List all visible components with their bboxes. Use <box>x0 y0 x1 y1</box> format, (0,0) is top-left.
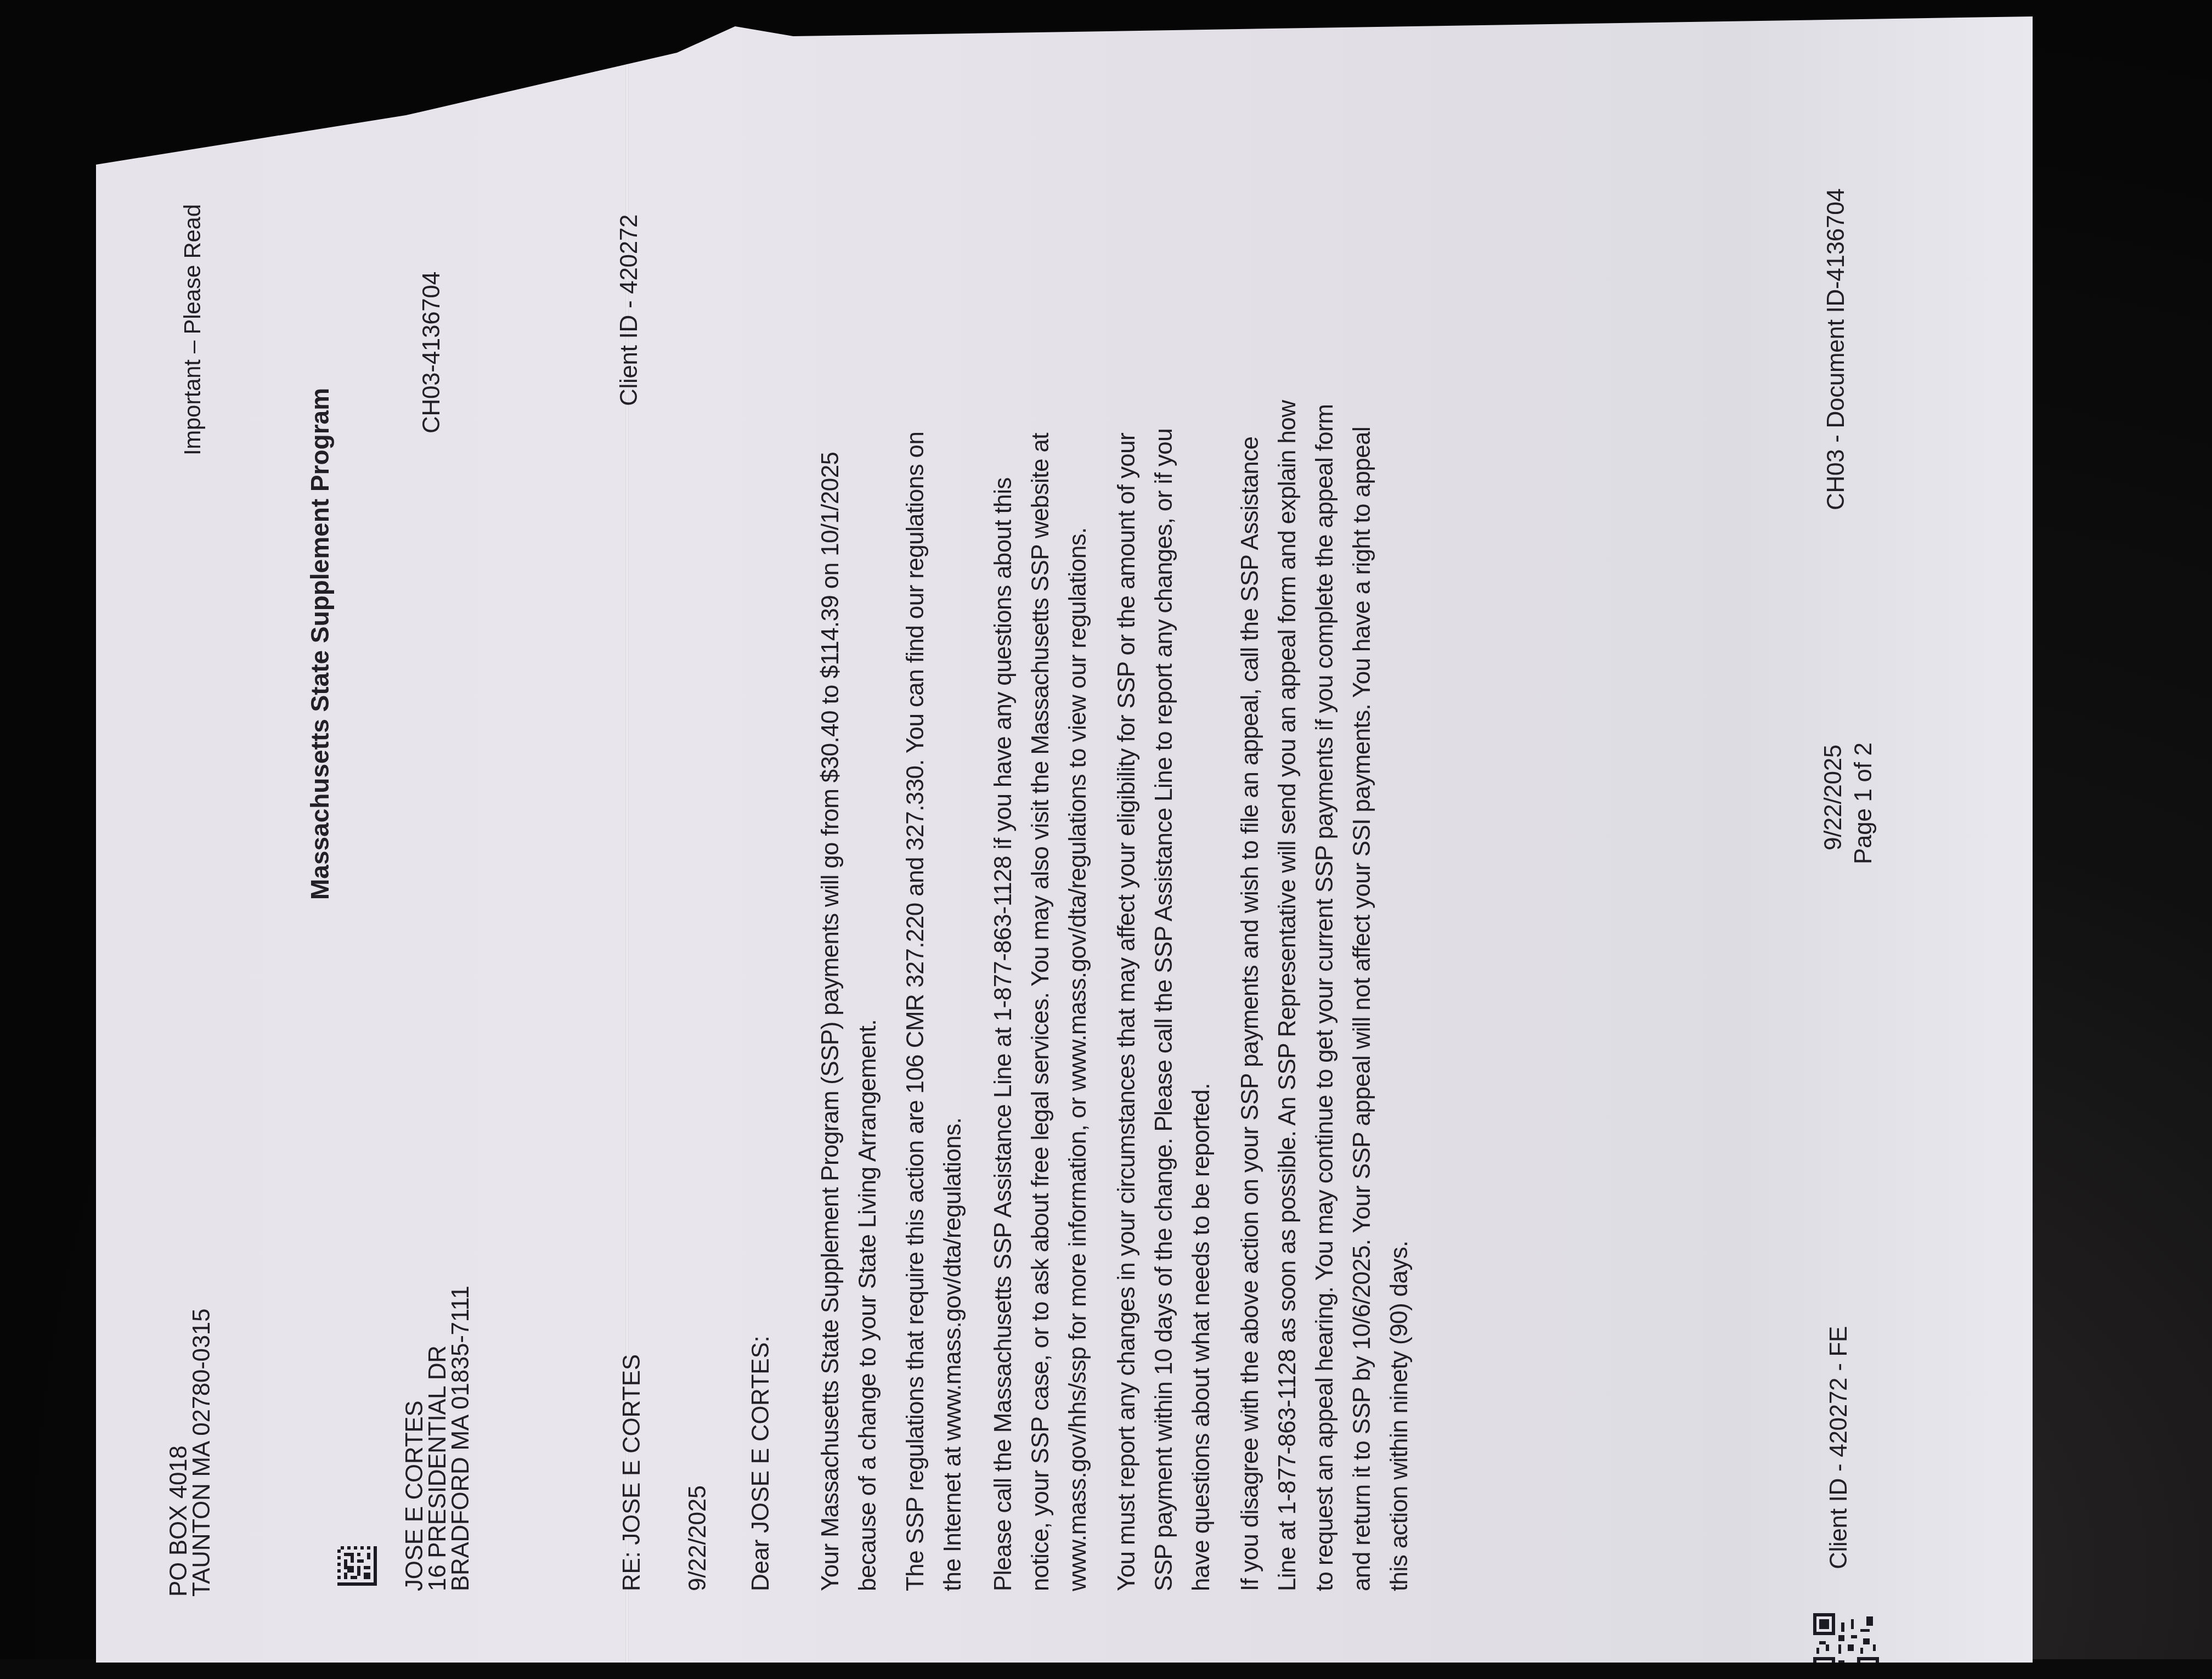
paragraph-line: Please call the Massachusetts SSP Assist… <box>985 77 1022 1591</box>
recipient-address-line: BRADFORD MA 01835-7111 <box>449 1286 472 1591</box>
footer-page-number: Page 1 of 2 <box>1852 742 1876 864</box>
paragraph-line: have questions about what needs to be re… <box>1183 77 1220 1591</box>
paragraph-line: SSP payment within 10 days of the change… <box>1145 77 1183 1591</box>
document-code: CH03-4136704 <box>420 272 444 433</box>
recipient-address-line: JOSE E CORTES <box>403 1286 426 1591</box>
paragraph-regulations: The SSP regulations that require this ac… <box>897 77 972 1591</box>
re-line: RE: JOSE E CORTES <box>620 1354 644 1591</box>
paragraph-report-changes: You must report any changes in your circ… <box>1108 77 1220 1591</box>
footer-date: 9/22/2025 <box>1821 745 1846 850</box>
paragraph-line: The SSP regulations that require this ac… <box>897 77 934 1591</box>
paragraph-contact: Please call the Massachusetts SSP Assist… <box>985 77 1097 1591</box>
datamatrix-barcode-icon <box>337 1546 377 1586</box>
paragraph-line: Line at 1-877-863-1128 as soon as possib… <box>1269 77 1306 1591</box>
paragraph-appeal: If you disagree with the above action on… <box>1232 77 1418 1591</box>
paragraph-line: notice, your SSP case, or to ask about f… <box>1022 77 1059 1591</box>
program-title: Massachusetts State Supplement Program <box>307 388 332 900</box>
paragraph-line: the Internet at www.mass.gov/dta/regulat… <box>934 77 972 1591</box>
recipient-address-line: 16 PRESIDENTIAL DR <box>426 1286 449 1591</box>
letter-date: 9/22/2025 <box>686 1485 710 1591</box>
return-address-line: PO BOX 4018 <box>167 1309 190 1597</box>
paragraph-line: and return it to SSP by 10/6/2025. Your … <box>1344 77 1381 1591</box>
paragraph-line: to request an appeal hearing. You may co… <box>1306 77 1344 1591</box>
paragraph-payment-change: Your Massachusetts State Supplement Prog… <box>812 77 887 1591</box>
footer-client-id: Client ID - 420272 - FE <box>1827 1326 1851 1569</box>
return-address: PO BOX 4018 TAUNTON MA 02780-0315 <box>167 1309 213 1597</box>
letter-content: PO BOX 4018 TAUNTON MA 02780-0315 Import… <box>96 16 2033 1659</box>
salutation: Dear JOSE E CORTES: <box>749 1336 773 1591</box>
paragraph-line: You must report any changes in your circ… <box>1108 77 1145 1591</box>
paragraph-line: because of a change to your State Living… <box>849 77 887 1591</box>
recipient-address: JOSE E CORTES 16 PRESIDENTIAL DR BRADFOR… <box>403 1286 472 1591</box>
paragraph-line: www.mass.gov/hhs/ssp for more informatio… <box>1059 77 1097 1591</box>
important-notice: Important – Please Read <box>181 204 204 455</box>
photo-background: PO BOX 4018 TAUNTON MA 02780-0315 Import… <box>0 0 2212 1659</box>
return-address-line: TAUNTON MA 02780-0315 <box>190 1309 213 1597</box>
qr-code-icon <box>1813 1613 1879 1659</box>
paragraph-line: this action within ninety (90) days. <box>1381 77 1418 1591</box>
letter-paper: PO BOX 4018 TAUNTON MA 02780-0315 Import… <box>96 16 2033 1659</box>
paragraph-line: If you disagree with the above action on… <box>1232 77 1269 1591</box>
paragraph-line: Your Massachusetts State Supplement Prog… <box>812 77 849 1591</box>
client-id: Client ID - 420272 <box>617 215 641 406</box>
footer-document-id: CH03 - Document ID-4136704 <box>1824 188 1848 510</box>
